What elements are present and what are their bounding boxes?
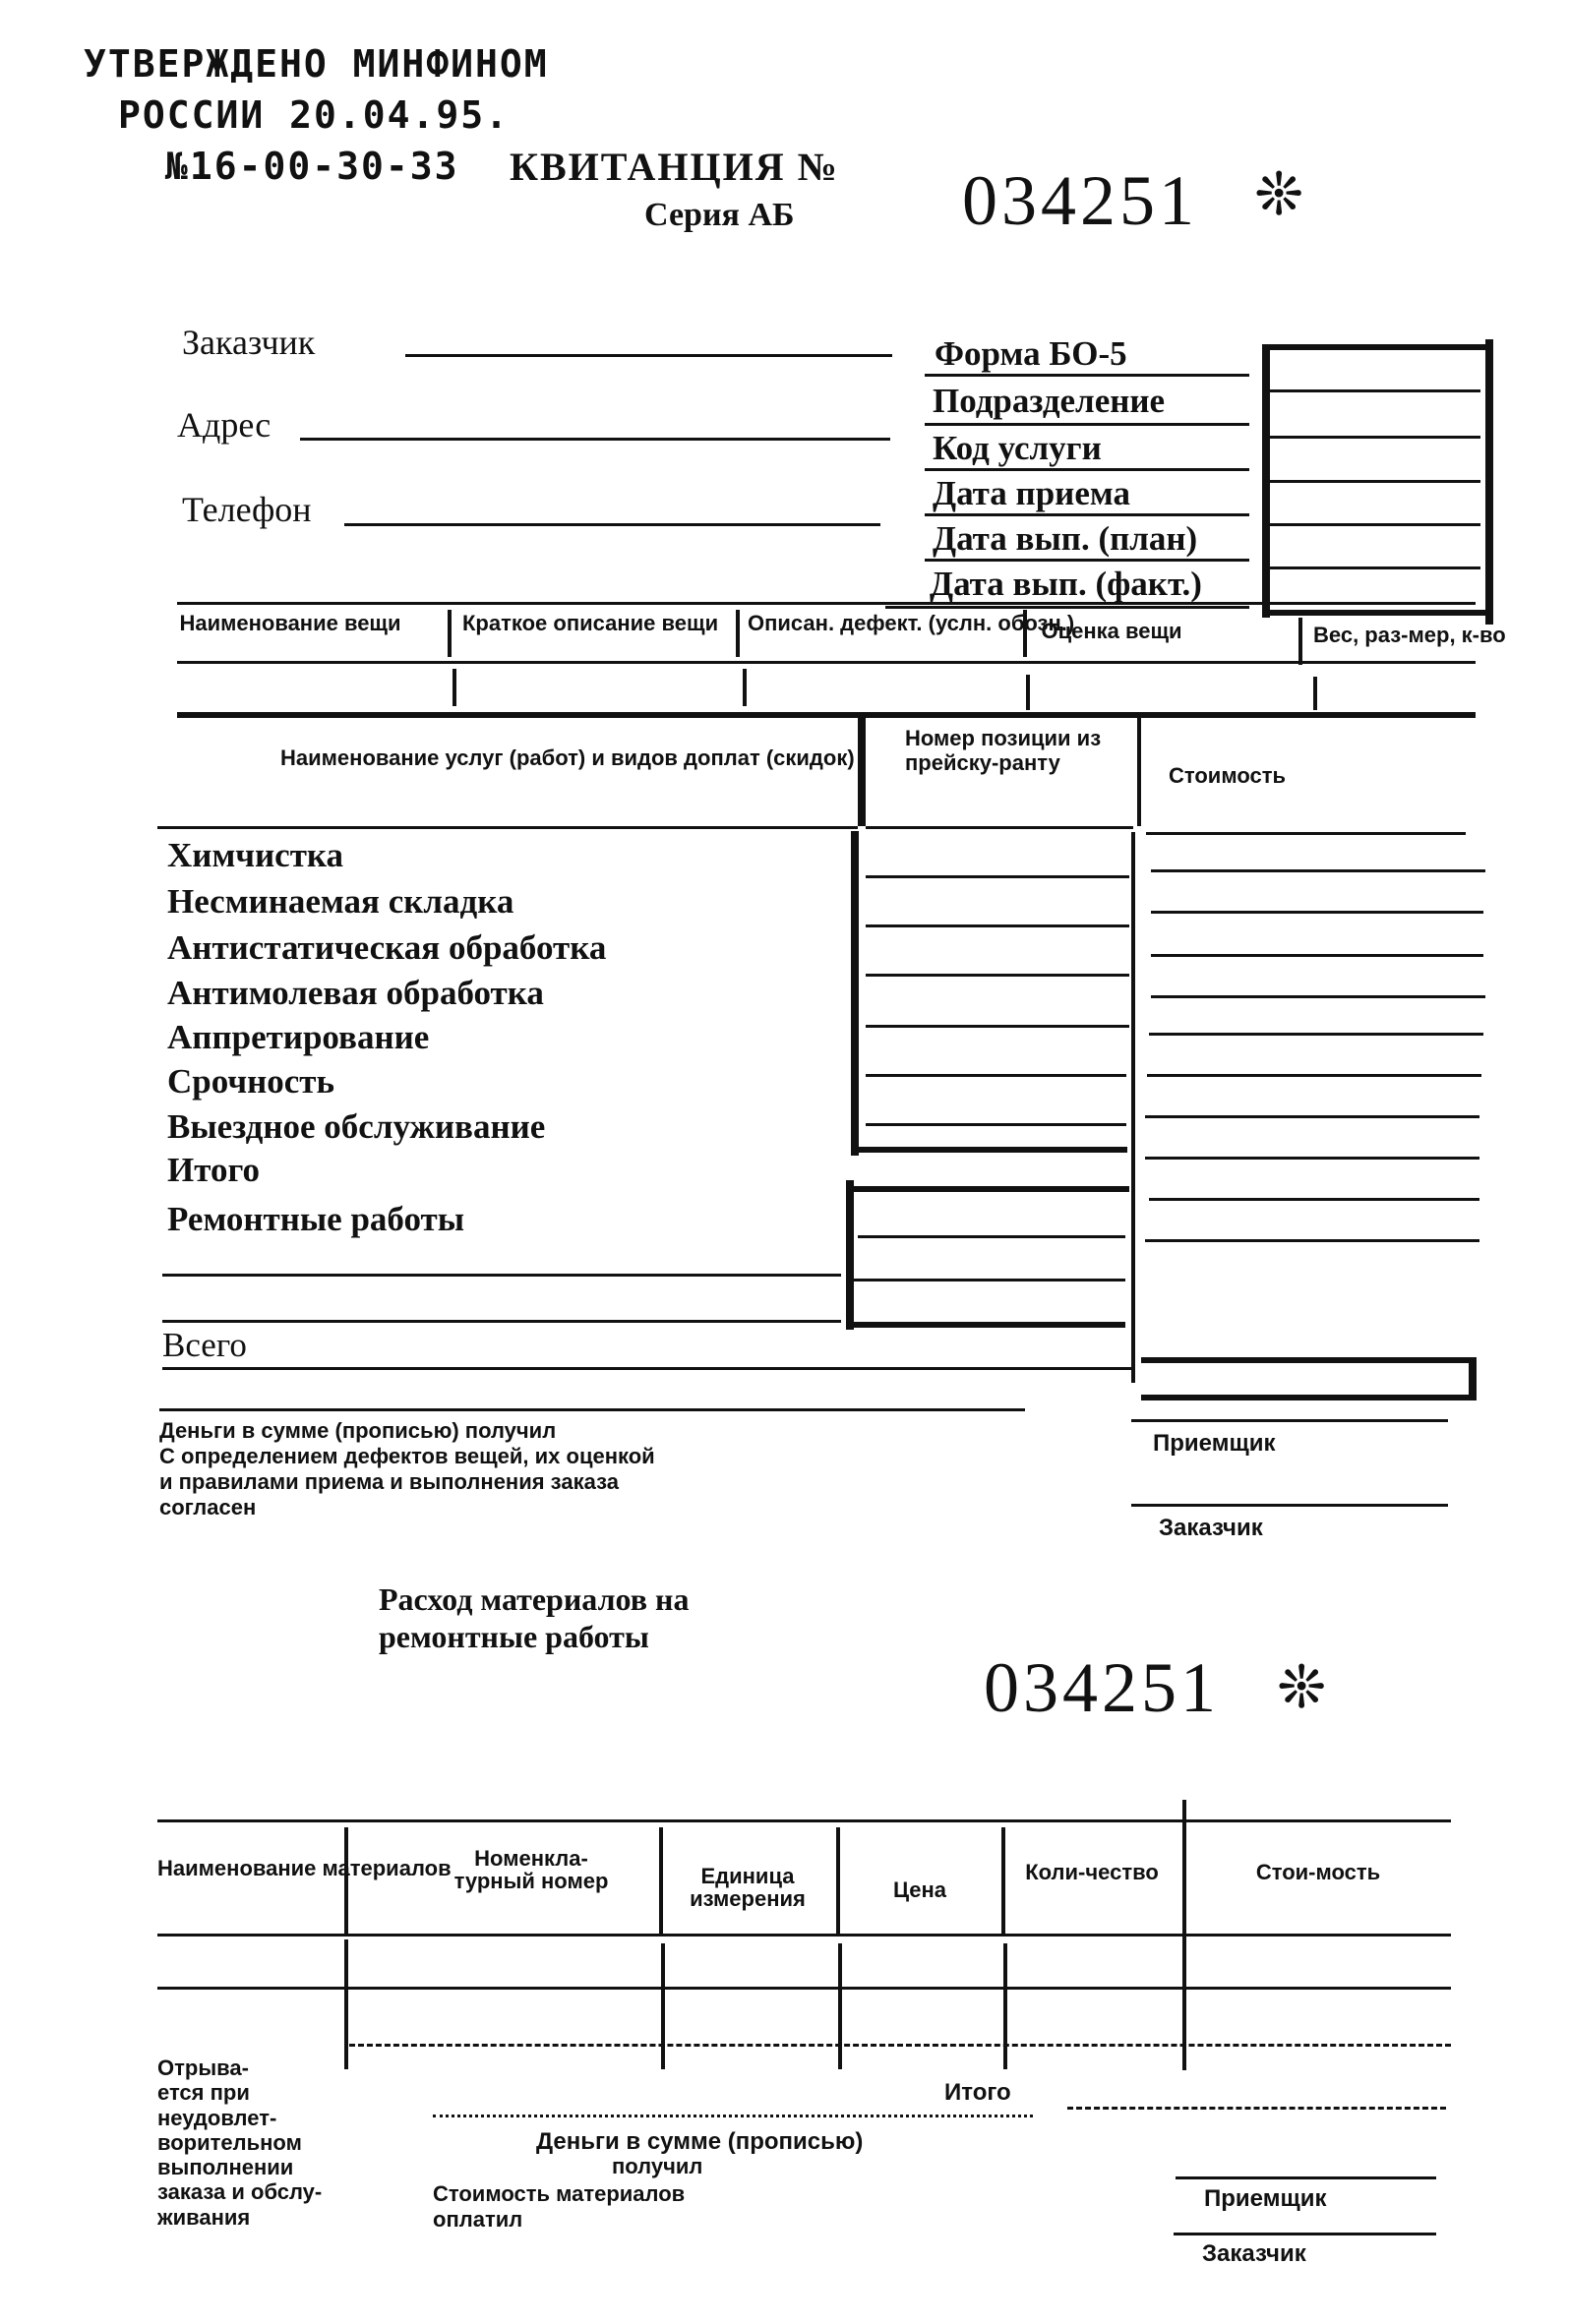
agreement-line1: Деньги в сумме (прописью) получил	[159, 1418, 556, 1443]
col-divider	[1001, 1827, 1005, 1934]
col-divider	[1026, 675, 1030, 710]
position-cell[interactable]	[866, 1074, 1126, 1077]
col-divider	[836, 1827, 840, 1934]
position-box-border	[851, 831, 859, 1156]
info-value-department[interactable]	[1269, 436, 1480, 439]
position-cell[interactable]	[866, 1123, 1126, 1126]
info-value-service-code[interactable]	[1269, 480, 1480, 483]
materials-receipt-number: 034251	[984, 1652, 1220, 1723]
tear-off-note-line: выполнении	[157, 2155, 322, 2179]
address-label: Адрес	[177, 407, 271, 443]
col-divider	[858, 716, 866, 826]
item-header-name: Наименование вещи	[177, 612, 403, 634]
service-finishing: Аппретирование	[167, 1020, 429, 1054]
info-box-top-border	[1262, 344, 1491, 350]
receiver-signature-line[interactable]	[1131, 1419, 1448, 1422]
money-line2: получил	[612, 2154, 702, 2179]
col-divider	[659, 1827, 663, 1934]
divider	[925, 423, 1249, 426]
cost-cell[interactable]	[1145, 1115, 1479, 1118]
phone-input-line[interactable]	[344, 523, 880, 526]
cost-line1: Стоимость материалов	[433, 2181, 685, 2207]
item-header-description: Краткое описание вещи	[462, 612, 718, 634]
position-cell[interactable]	[866, 1025, 1129, 1028]
col-divider	[1131, 832, 1135, 1383]
materials-header-bottom	[157, 1934, 1451, 1937]
col-divider	[344, 1939, 348, 2069]
materials-header-price: Цена	[846, 1878, 994, 1901]
item-header-valuation: Оценка вещи	[1033, 620, 1190, 642]
service-blank-line[interactable]	[162, 1274, 841, 1277]
col-divider	[344, 1827, 348, 1934]
agreement-line2: С определением дефектов вещей, их оценко…	[159, 1444, 655, 1468]
customer-input-line[interactable]	[405, 354, 892, 357]
agreement-line3: и правилами приема и выполнения заказа	[159, 1469, 619, 1494]
info-label-accept-date: Дата приема	[933, 476, 1130, 510]
cost-line2: оплатил	[433, 2207, 522, 2233]
col-divider	[838, 1943, 842, 2069]
materials-title-line1: Расход материалов на	[379, 1583, 689, 1615]
col-divider	[1137, 716, 1141, 826]
position-box-bottom	[854, 1147, 1127, 1153]
total-box-right	[1469, 1357, 1477, 1397]
item-header-bottom	[177, 661, 1476, 664]
position-cell[interactable]	[866, 974, 1129, 977]
divider	[433, 2115, 1033, 2117]
tear-off-note-line: живания	[157, 2205, 322, 2230]
divider	[159, 1408, 1025, 1411]
info-label-plan-date: Дата вып. (план)	[933, 521, 1197, 556]
customer-label: Заказчик	[182, 325, 315, 360]
service-antistatic: Антистатическая обработка	[167, 930, 606, 965]
money-line1: Деньги в сумме (прописью)	[536, 2128, 863, 2156]
divider	[157, 826, 858, 829]
service-permanent-crease: Несминаемая складка	[167, 884, 513, 919]
info-label-fact-date: Дата вып. (факт.)	[930, 566, 1202, 601]
divider	[162, 1367, 1131, 1370]
tear-off-note-line: неудовлет-	[157, 2106, 322, 2130]
info-label-department: Подразделение	[933, 384, 1165, 418]
materials-header-cost: Стои-мость	[1200, 1861, 1436, 1883]
divider	[885, 606, 1249, 609]
divider	[925, 374, 1249, 377]
receipt-number: 034251	[962, 165, 1198, 236]
agreement-line4: согласен	[159, 1495, 256, 1520]
star-icon: ❊	[1254, 165, 1303, 224]
tear-off-note-line: ворительном	[157, 2130, 322, 2155]
service-urgency: Срочность	[167, 1064, 334, 1099]
materials-header-unit: Единица измерения	[669, 1865, 826, 1910]
form-code: №16-00-30-33	[165, 148, 459, 185]
services-header-position: Номер позиции из прейску-ранту	[905, 726, 1121, 776]
col-divider	[1023, 610, 1027, 657]
materials-total-value[interactable]	[1067, 2107, 1446, 2110]
customer-signature-label: Заказчик	[1159, 1515, 1263, 1542]
cost-cell[interactable]	[1151, 911, 1483, 914]
materials-header-nomenclature: Номенкла-турный номер	[448, 1847, 615, 1892]
row-divider	[157, 1987, 1451, 1990]
divider	[925, 468, 1249, 471]
materials-header-quantity: Коли-чество	[1013, 1861, 1171, 1883]
info-label-service-code: Код услуги	[933, 431, 1102, 465]
repair-position-cell[interactable]	[854, 1279, 1125, 1281]
col-divider	[453, 669, 456, 706]
info-value-plan-date[interactable]	[1269, 566, 1480, 569]
address-input-line[interactable]	[300, 438, 890, 441]
info-box-right-border	[1485, 339, 1493, 625]
cost-cell[interactable]	[1147, 1074, 1481, 1077]
bottom-receiver-label: Приемщик	[1204, 2185, 1326, 2213]
services-header-name: Наименование услуг (работ) и видов допла…	[280, 745, 855, 770]
service-repair: Ремонтные работы	[167, 1202, 464, 1236]
service-on-site: Выездное обслуживание	[167, 1109, 545, 1144]
total-box-top	[1141, 1357, 1471, 1363]
tear-off-note-line: ется при	[157, 2080, 322, 2105]
approval-stamp-line2: РОССИИ 20.04.95.	[118, 96, 510, 134]
cost-cell[interactable]	[1149, 1198, 1479, 1201]
service-dry-cleaning: Химчистка	[167, 838, 343, 872]
bottom-customer-signature-line[interactable]	[1174, 2233, 1436, 2235]
cost-cell[interactable]	[1145, 1239, 1479, 1242]
item-header-size: Вес, раз-мер, к-во	[1313, 624, 1441, 646]
col-divider	[1298, 618, 1302, 665]
info-value-fact-date[interactable]	[1262, 610, 1491, 616]
cost-cell[interactable]	[1145, 1157, 1479, 1160]
bottom-receiver-signature-line[interactable]	[1176, 2176, 1436, 2179]
repair-box-top	[852, 1186, 1129, 1192]
info-value-accept-date[interactable]	[1269, 523, 1480, 526]
col-divider	[448, 610, 452, 657]
cost-cell[interactable]	[1151, 954, 1483, 957]
total-value-box[interactable]	[1141, 1395, 1477, 1400]
service-subtotal: Итого	[167, 1153, 260, 1187]
col-divider	[1313, 677, 1317, 710]
service-anti-moth: Антимолевая обработка	[167, 976, 544, 1010]
col-divider	[743, 669, 747, 706]
cost-cell[interactable]	[1151, 869, 1485, 872]
receiver-label: Приемщик	[1153, 1430, 1275, 1458]
cost-cell[interactable]	[1149, 1033, 1483, 1036]
info-label-form: Форма БО-5	[935, 336, 1127, 371]
position-cell[interactable]	[866, 924, 1129, 927]
repair-position-cell[interactable]	[858, 1235, 1125, 1238]
approval-stamp-line1: УТВЕРЖДЕНО МИНФИНОМ	[84, 45, 549, 83]
divider	[162, 1320, 841, 1323]
repair-box-bottom	[848, 1322, 1125, 1328]
item-header-defect: Описан. дефект. (услн. обозн.)	[748, 612, 1013, 634]
tear-off-note-line: Отрыва-	[157, 2056, 322, 2080]
receipt-title: КВИТАНЦИЯ №	[510, 144, 839, 190]
position-cell[interactable]	[866, 875, 1129, 878]
bottom-customer-label: Заказчик	[1202, 2240, 1306, 2268]
tear-off-note: Отрыва- ется при неудовлет- ворительном …	[157, 2056, 322, 2230]
star-icon: ❊	[1277, 1658, 1326, 1717]
tear-off-note-line: заказа и обслу-	[157, 2179, 322, 2204]
col-divider	[1003, 1943, 1007, 2069]
row-divider	[349, 2044, 1451, 2047]
materials-header-name: Наименование материалов	[157, 1857, 403, 1879]
info-value-form[interactable]	[1269, 389, 1480, 392]
materials-table-top	[157, 1819, 1451, 1822]
cost-cell[interactable]	[1151, 995, 1485, 998]
divider	[1146, 832, 1466, 835]
materials-total-label: Итого	[944, 2079, 1011, 2107]
divider	[925, 513, 1249, 516]
customer-signature-line[interactable]	[1131, 1504, 1448, 1507]
col-divider	[661, 1943, 665, 2069]
item-table-top	[177, 602, 1476, 605]
materials-title-line2: ремонтные работы	[379, 1621, 649, 1652]
series-label: Серия АБ	[644, 197, 795, 234]
divider	[866, 826, 1133, 829]
divider	[925, 559, 1249, 562]
col-divider	[736, 610, 740, 657]
item-table-bottom	[177, 712, 1476, 718]
phone-label: Телефон	[182, 492, 312, 527]
services-header-cost: Стоимость	[1169, 763, 1286, 788]
repair-box-border	[846, 1180, 854, 1330]
total-label: Всего	[162, 1328, 247, 1362]
